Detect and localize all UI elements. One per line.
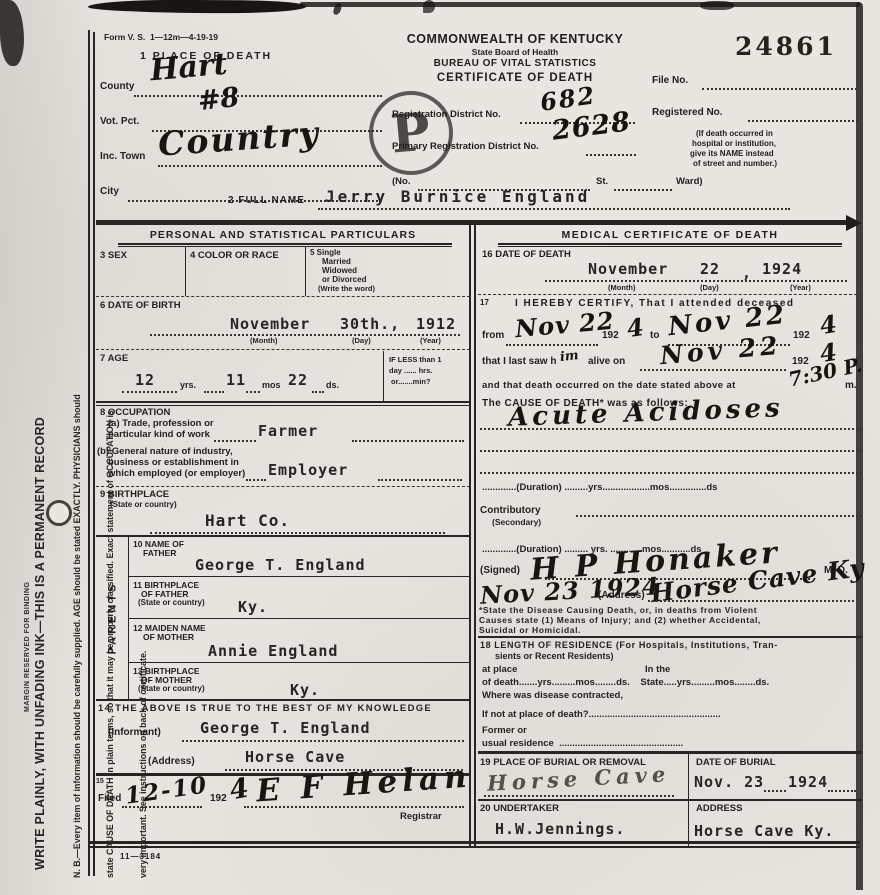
- dob-year-typed: 1912: [416, 317, 456, 333]
- dob-label: 6 DATE OF BIRTH: [100, 301, 181, 311]
- death-time-m-label: m.: [845, 381, 857, 392]
- attestation-statement: 14 THE ABOVE IS TRUE TO THE BEST OF MY K…: [98, 704, 432, 714]
- row-rule: [478, 294, 862, 295]
- ink-smudge: [88, 0, 306, 14]
- date-of-death-label: 16 DATE OF DEATH: [482, 250, 571, 260]
- burial-date-line: [828, 790, 856, 792]
- from-line: [506, 344, 598, 346]
- father-birthplace-label-3: (State or country): [138, 599, 205, 607]
- dod-month-caption: (Month): [608, 284, 635, 292]
- informant-line: [182, 740, 464, 742]
- no-label: (No.: [392, 177, 410, 187]
- burial-date-value-typed: Nov. 23: [694, 775, 764, 791]
- vot-pct-value-handwritten: #8: [197, 84, 241, 117]
- registered-no-line: [748, 120, 858, 122]
- dod-year-caption: (Year): [790, 284, 811, 292]
- item-17-number: 17: [480, 299, 489, 307]
- if-not-label: If not at place of death?...............…: [482, 710, 721, 720]
- file-no-line: [702, 88, 857, 90]
- sex-label: 3 SEX: [100, 251, 127, 261]
- burial-date-label: DATE OF BURIAL: [696, 758, 776, 768]
- item-15-number: 15: [96, 778, 104, 785]
- age-line: [122, 391, 177, 393]
- informant-address-label: (Address): [148, 757, 195, 768]
- occupation-a-line-2: particular kind of work: [108, 430, 210, 440]
- contracted-label: Where was disease contracted,: [482, 691, 623, 701]
- informant-value-typed: George T. England: [200, 721, 371, 737]
- occupation-b-line-1: (b) General nature of industry,: [97, 447, 232, 457]
- nb-line-2: state CAUSE OF DEATH in plain terms, so …: [105, 88, 116, 878]
- parents-label: PARENTS: [106, 581, 118, 654]
- mother-name-value-typed: Annie England: [208, 644, 338, 660]
- residence-label-1: 18 LENGTH OF RESIDENCE (For Hospitals, I…: [480, 641, 778, 650]
- hospital-note-4: of street and number.): [693, 160, 777, 168]
- plate-code: 11—3184: [120, 853, 161, 861]
- contributory-label: Contributory: [480, 506, 541, 517]
- from-year-handwritten: 4: [625, 314, 645, 341]
- rule: [118, 246, 452, 247]
- certificate-number: 24861: [735, 34, 837, 60]
- city-label: City: [100, 187, 119, 198]
- margin-write-plainly-note: WRITE PLAINLY, WITH UNFADING INK—THIS IS…: [34, 417, 47, 870]
- at-place-label: at place: [482, 665, 517, 675]
- primary-district-value-handwritten: 2628: [551, 108, 633, 146]
- birthplace-label: 9 BIRTHPLACE: [100, 490, 169, 500]
- contributory-line: [576, 515, 862, 517]
- burial-place-line: [484, 795, 674, 797]
- section-divider-bar: [96, 220, 848, 225]
- state-board-subtitle: State Board of Health: [385, 48, 645, 57]
- row-rule-heavy: [96, 699, 470, 701]
- to-year-handwritten: 4: [818, 311, 838, 338]
- death-certificate-scan: MARGIN RESERVED FOR BINDING WRITE PLAINL…: [0, 0, 880, 895]
- full-name-label: 2 FULL NAME: [228, 196, 305, 207]
- filed-year-printed: 192: [210, 794, 227, 805]
- full-name-value-typed: Jerry Burnice England: [325, 189, 590, 206]
- row-rule: [96, 296, 470, 297]
- father-name-label-2: FATHER: [143, 549, 176, 558]
- occupation-a-line: [214, 440, 256, 442]
- age-yrs-label: yrs.: [180, 381, 196, 390]
- former-label-2: usual residence ........................…: [482, 739, 683, 749]
- cause-line: [480, 450, 862, 452]
- p-stamp-letter: P: [389, 101, 433, 165]
- mother-name-label-2: OF MOTHER: [143, 633, 194, 642]
- occupation-b-value-typed: Employer: [268, 463, 348, 479]
- color-race-label: 4 COLOR OR RACE: [190, 251, 279, 261]
- hospital-note-1: (If death occurred in: [696, 130, 773, 138]
- informant-address-value-typed: Horse Cave: [245, 750, 345, 766]
- dob-line: [150, 334, 460, 336]
- dob-month-caption: (Month): [250, 337, 277, 345]
- undertaker-address-value-typed: Horse Cave Ky.: [694, 824, 834, 840]
- if-less-note-1: IF LESS than 1: [389, 356, 442, 364]
- margin-binding-note: MARGIN RESERVED FOR BINDING: [24, 582, 31, 712]
- dob-year-caption: (Year): [420, 337, 441, 345]
- bureau-subtitle: BUREAU OF VITAL STATISTICS: [385, 59, 645, 70]
- inc-town-value-handwritten: Country: [157, 116, 321, 162]
- burial-date-line: [764, 790, 786, 792]
- filed-label: Filed: [98, 794, 121, 805]
- inc-town-label: Inc. Town: [100, 152, 145, 163]
- row-rule: [478, 799, 862, 801]
- birthplace-sub-label: (State or country): [110, 501, 177, 509]
- inc-town-line: [158, 165, 382, 167]
- age-line: [246, 391, 260, 393]
- full-name-line: [318, 208, 790, 210]
- mother-birthplace-label-3: (State or country): [138, 685, 205, 693]
- rule: [128, 576, 470, 577]
- him-handwritten: im: [559, 349, 579, 365]
- date-of-death-line: [545, 280, 847, 282]
- county-label: County: [100, 82, 134, 93]
- footnote-line-3: Suicidal or Homicidal.: [479, 626, 581, 635]
- st-line: [614, 189, 672, 191]
- registrar-label: Registrar: [400, 812, 442, 822]
- ink-speck: [700, 1, 734, 10]
- cause-line: [480, 428, 862, 430]
- occupation-b-line: [246, 479, 266, 481]
- row-rule-heavy: [96, 401, 470, 403]
- vot-pct-label: Vot. Pct.: [100, 117, 139, 128]
- cause-line: [480, 472, 862, 474]
- birthplace-value-typed: Hart Co.: [205, 513, 290, 530]
- corner-smudge: [0, 0, 24, 66]
- in-the-label: In the: [645, 665, 670, 675]
- filed-year-handwritten: 4: [228, 775, 251, 806]
- burial-date-year-typed: 1924: [788, 775, 828, 791]
- rule: [498, 246, 842, 247]
- undertaker-label: 20 UNDERTAKER: [480, 804, 559, 814]
- right-edge-line: [856, 2, 863, 890]
- cell-divider: [185, 247, 186, 296]
- residence-duration-line: of death.......yrs.........mos........ds…: [482, 678, 769, 688]
- occupation-a-line-1: (a) Trade, profession or: [108, 419, 214, 429]
- undertaker-value-typed: H.W.Jennings.: [495, 822, 625, 838]
- age-days-typed: 22: [288, 373, 308, 389]
- county-line: [134, 95, 382, 97]
- row-rule-heavy: [478, 751, 862, 754]
- mother-birthplace-value-typed: Ky.: [290, 683, 320, 699]
- footnote-line-1: *State the Disease Causing Death, or, in…: [479, 606, 757, 615]
- rule: [128, 662, 470, 663]
- row-rule-heavy: [96, 535, 470, 537]
- residence-label-2: sients or Recent Residents): [495, 652, 614, 661]
- county-value-handwritten: Hart: [149, 49, 229, 87]
- rule: [118, 243, 452, 245]
- occupation-b-line: [378, 479, 462, 481]
- certificate-title: CERTIFICATE OF DEATH: [385, 72, 645, 84]
- ink-speck: [423, 0, 435, 13]
- age-label: 7 AGE: [100, 354, 128, 364]
- st-label: St.: [596, 177, 608, 187]
- occupation-a-value-typed: Farmer: [258, 424, 318, 440]
- registrar-signature-line: [244, 806, 464, 808]
- birthplace-line: [150, 532, 445, 534]
- marital-instruction: (Write the word): [318, 285, 375, 293]
- informant-label: (Informant): [108, 728, 161, 739]
- dob-day-typed: 30th.,: [340, 317, 400, 333]
- filed-line: [122, 806, 202, 808]
- from-year-printed: 192: [602, 331, 619, 342]
- date-of-death-month-typed: November: [588, 262, 668, 278]
- to-label: to: [650, 331, 659, 342]
- to-year-printed: 192: [793, 331, 810, 342]
- dob-month-typed: November: [230, 317, 310, 333]
- parents-label-cell: PARENTS: [96, 536, 128, 699]
- cause-of-death-value-handwritten: Acute Acidoses: [508, 395, 785, 432]
- date-of-death-year-typed: 1924: [762, 262, 802, 278]
- nb-line-1: N. B.—Every item of information should b…: [72, 88, 83, 878]
- attended-from-handwritten: Nov 22: [514, 308, 615, 342]
- medical-section-title: MEDICAL CERTIFICATE OF DEATH: [478, 230, 862, 241]
- occupation-b-line-2: business or establishment in: [108, 458, 239, 468]
- age-mos-label: mos: [262, 381, 281, 390]
- age-months-typed: 11: [226, 373, 246, 389]
- file-no-label: File No.: [652, 76, 688, 87]
- row-rule-heavy: [478, 636, 862, 638]
- rule: [128, 618, 470, 619]
- commonwealth-title: COMMONWEALTH OF KENTUCKY: [385, 33, 645, 46]
- father-birthplace-value-typed: Ky.: [238, 600, 268, 616]
- rule: [498, 243, 842, 245]
- top-border-line: [300, 2, 860, 7]
- dod-day-caption: (Day): [700, 284, 719, 292]
- primary-district-line: [586, 154, 636, 156]
- hospital-note-2: hospital or institution,: [692, 140, 776, 148]
- age-ds-label: ds.: [326, 381, 339, 390]
- personal-section-title: PERSONAL AND STATISTICAL PARTICULARS: [96, 230, 470, 241]
- age-line: [204, 391, 224, 393]
- duration-line-1: .............(Duration) .........yrs....…: [482, 483, 717, 493]
- signed-label: (Signed): [480, 566, 520, 577]
- ward-label: Ward): [676, 177, 703, 187]
- from-label: from: [482, 331, 504, 342]
- registration-district-value-handwritten: 682: [539, 82, 598, 115]
- date-of-death-day-typed: 22: [700, 262, 720, 278]
- occupation-label: 8 OCCUPATION: [100, 408, 170, 418]
- cell-divider: [383, 351, 384, 402]
- signed-address-label: (Address): [598, 591, 645, 602]
- last-saw-label: that I last saw h: [482, 357, 556, 368]
- p-stamp: P: [369, 91, 453, 175]
- secondary-label: (Secondary): [492, 518, 541, 527]
- occupation-a-line: [352, 440, 464, 442]
- registrar-signature-handwritten: E F Helan: [255, 761, 472, 809]
- if-less-note-2: day ...... hrs.: [389, 367, 432, 375]
- former-label-1: Former or: [482, 726, 527, 736]
- row-rule: [96, 349, 470, 350]
- death-time-label: and that death occurred on the date stat…: [482, 381, 736, 391]
- hole-punch: [46, 500, 72, 526]
- column-divider-inner: [474, 222, 476, 848]
- signed-address-line: [648, 600, 854, 602]
- alive-on-label: alive on: [588, 357, 625, 368]
- age-line: [312, 391, 324, 393]
- divider-arrowhead: [846, 215, 862, 231]
- form-number: Form V. S. 1—12m—4-19-19: [104, 33, 218, 42]
- registered-no-label: Registered No.: [652, 108, 723, 119]
- if-less-note-3: or.......min?: [391, 378, 431, 386]
- father-name-value-typed: George T. England: [195, 558, 366, 574]
- row-rule: [96, 405, 470, 406]
- undertaker-address-label: ADDRESS: [696, 804, 742, 814]
- row-rule: [96, 486, 470, 487]
- occupation-b-line-3: which employed (or employer): [108, 469, 245, 479]
- cell-divider: [305, 247, 306, 296]
- age-years-typed: 12: [135, 373, 155, 389]
- hospital-note-3: give its NAME instead: [690, 150, 774, 158]
- footnote-line-2: Causes state (1) Means of Injury; and (2…: [479, 616, 761, 625]
- dob-day-caption: (Day): [352, 337, 371, 345]
